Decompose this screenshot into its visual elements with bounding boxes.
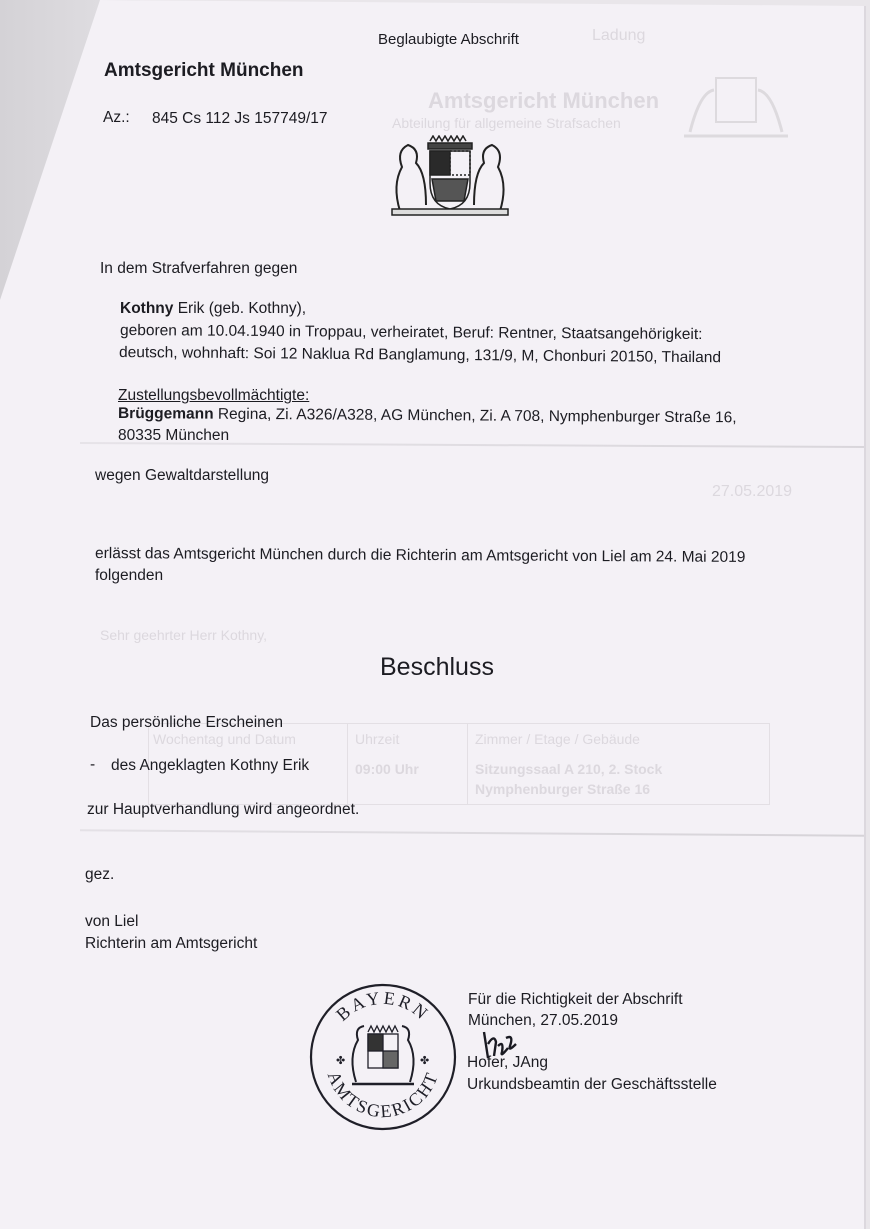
certification-line-1: Für die Richtigkeit der Abschrift [468, 992, 683, 1008]
ghost-date: 27.05.2019 [712, 484, 792, 500]
certification-signer: Hofer, JAng [467, 1055, 548, 1071]
charge: wegen Gewaltdarstellung [95, 468, 269, 484]
az-label: Az.: [103, 110, 130, 126]
ghost-dept: Abteilung für allgemeine Strafsachen [392, 116, 621, 130]
az-value: 845 Cs 112 Js 157749/17 [152, 111, 328, 127]
bavarian-crest-icon [386, 135, 514, 217]
judge-title: Richterin am Amtsgericht [85, 936, 257, 952]
certification-signer-title: Urkundsbeamtin der Geschäftsstelle [467, 1077, 717, 1093]
decision-title: Beschluss [380, 655, 494, 680]
official-seal-icon: BAYERN AMTSGERICHT ✤ ✤ [308, 982, 458, 1132]
court-name: Amtsgericht München [104, 61, 304, 80]
agent-label: Zustellungsbevollmächtigte: [118, 388, 309, 404]
ghost-crest-icon [680, 72, 792, 140]
decision-bullet: - [90, 757, 95, 773]
issuance-line-2: folgenden [95, 568, 163, 584]
ghost-salutation: Sehr geehrter Herr Kothny, [100, 628, 267, 642]
issuance-line: erlässt das Amtsgericht München durch di… [95, 546, 746, 565]
ghost-ladung: Ladung [592, 28, 645, 44]
decision-line-2: des Angeklagten Kothny Erik [111, 758, 309, 774]
decision-line-3: zur Hauptverhandlung wird angeordnet. [87, 802, 359, 818]
agent-name: Brüggemann Regina, Zi. A326/A328, AG Mün… [118, 406, 737, 426]
defendant-details: geboren am 10.04.1940 in Troppau, verhei… [120, 323, 703, 343]
svg-text:✤: ✤ [420, 1055, 429, 1067]
svg-text:✤: ✤ [336, 1055, 345, 1067]
ghost-court: Amtsgericht München [428, 90, 659, 112]
decision-line-1: Das persönliche Erscheinen [90, 715, 283, 731]
proceedings-intro: In dem Strafverfahren gegen [100, 261, 297, 277]
fold-line [80, 829, 866, 836]
defendant-address: deutsch, wohnhaft: Soi 12 Naklua Rd Bang… [119, 345, 721, 366]
certification-date: München, 27.05.2019 [468, 1013, 618, 1029]
gez-label: gez. [85, 867, 114, 883]
copy-label: Beglaubigte Abschrift [378, 32, 519, 47]
agent-city: 80335 München [118, 428, 229, 444]
document-page: Ladung Amtsgericht München Abteilung für… [0, 0, 866, 1229]
defendant-name: Kothny Erik (geb. Kothny), [120, 301, 306, 317]
judge-name: von Liel [85, 914, 138, 930]
svg-text:AMTSGERICHT: AMTSGERICHT [324, 1068, 443, 1121]
